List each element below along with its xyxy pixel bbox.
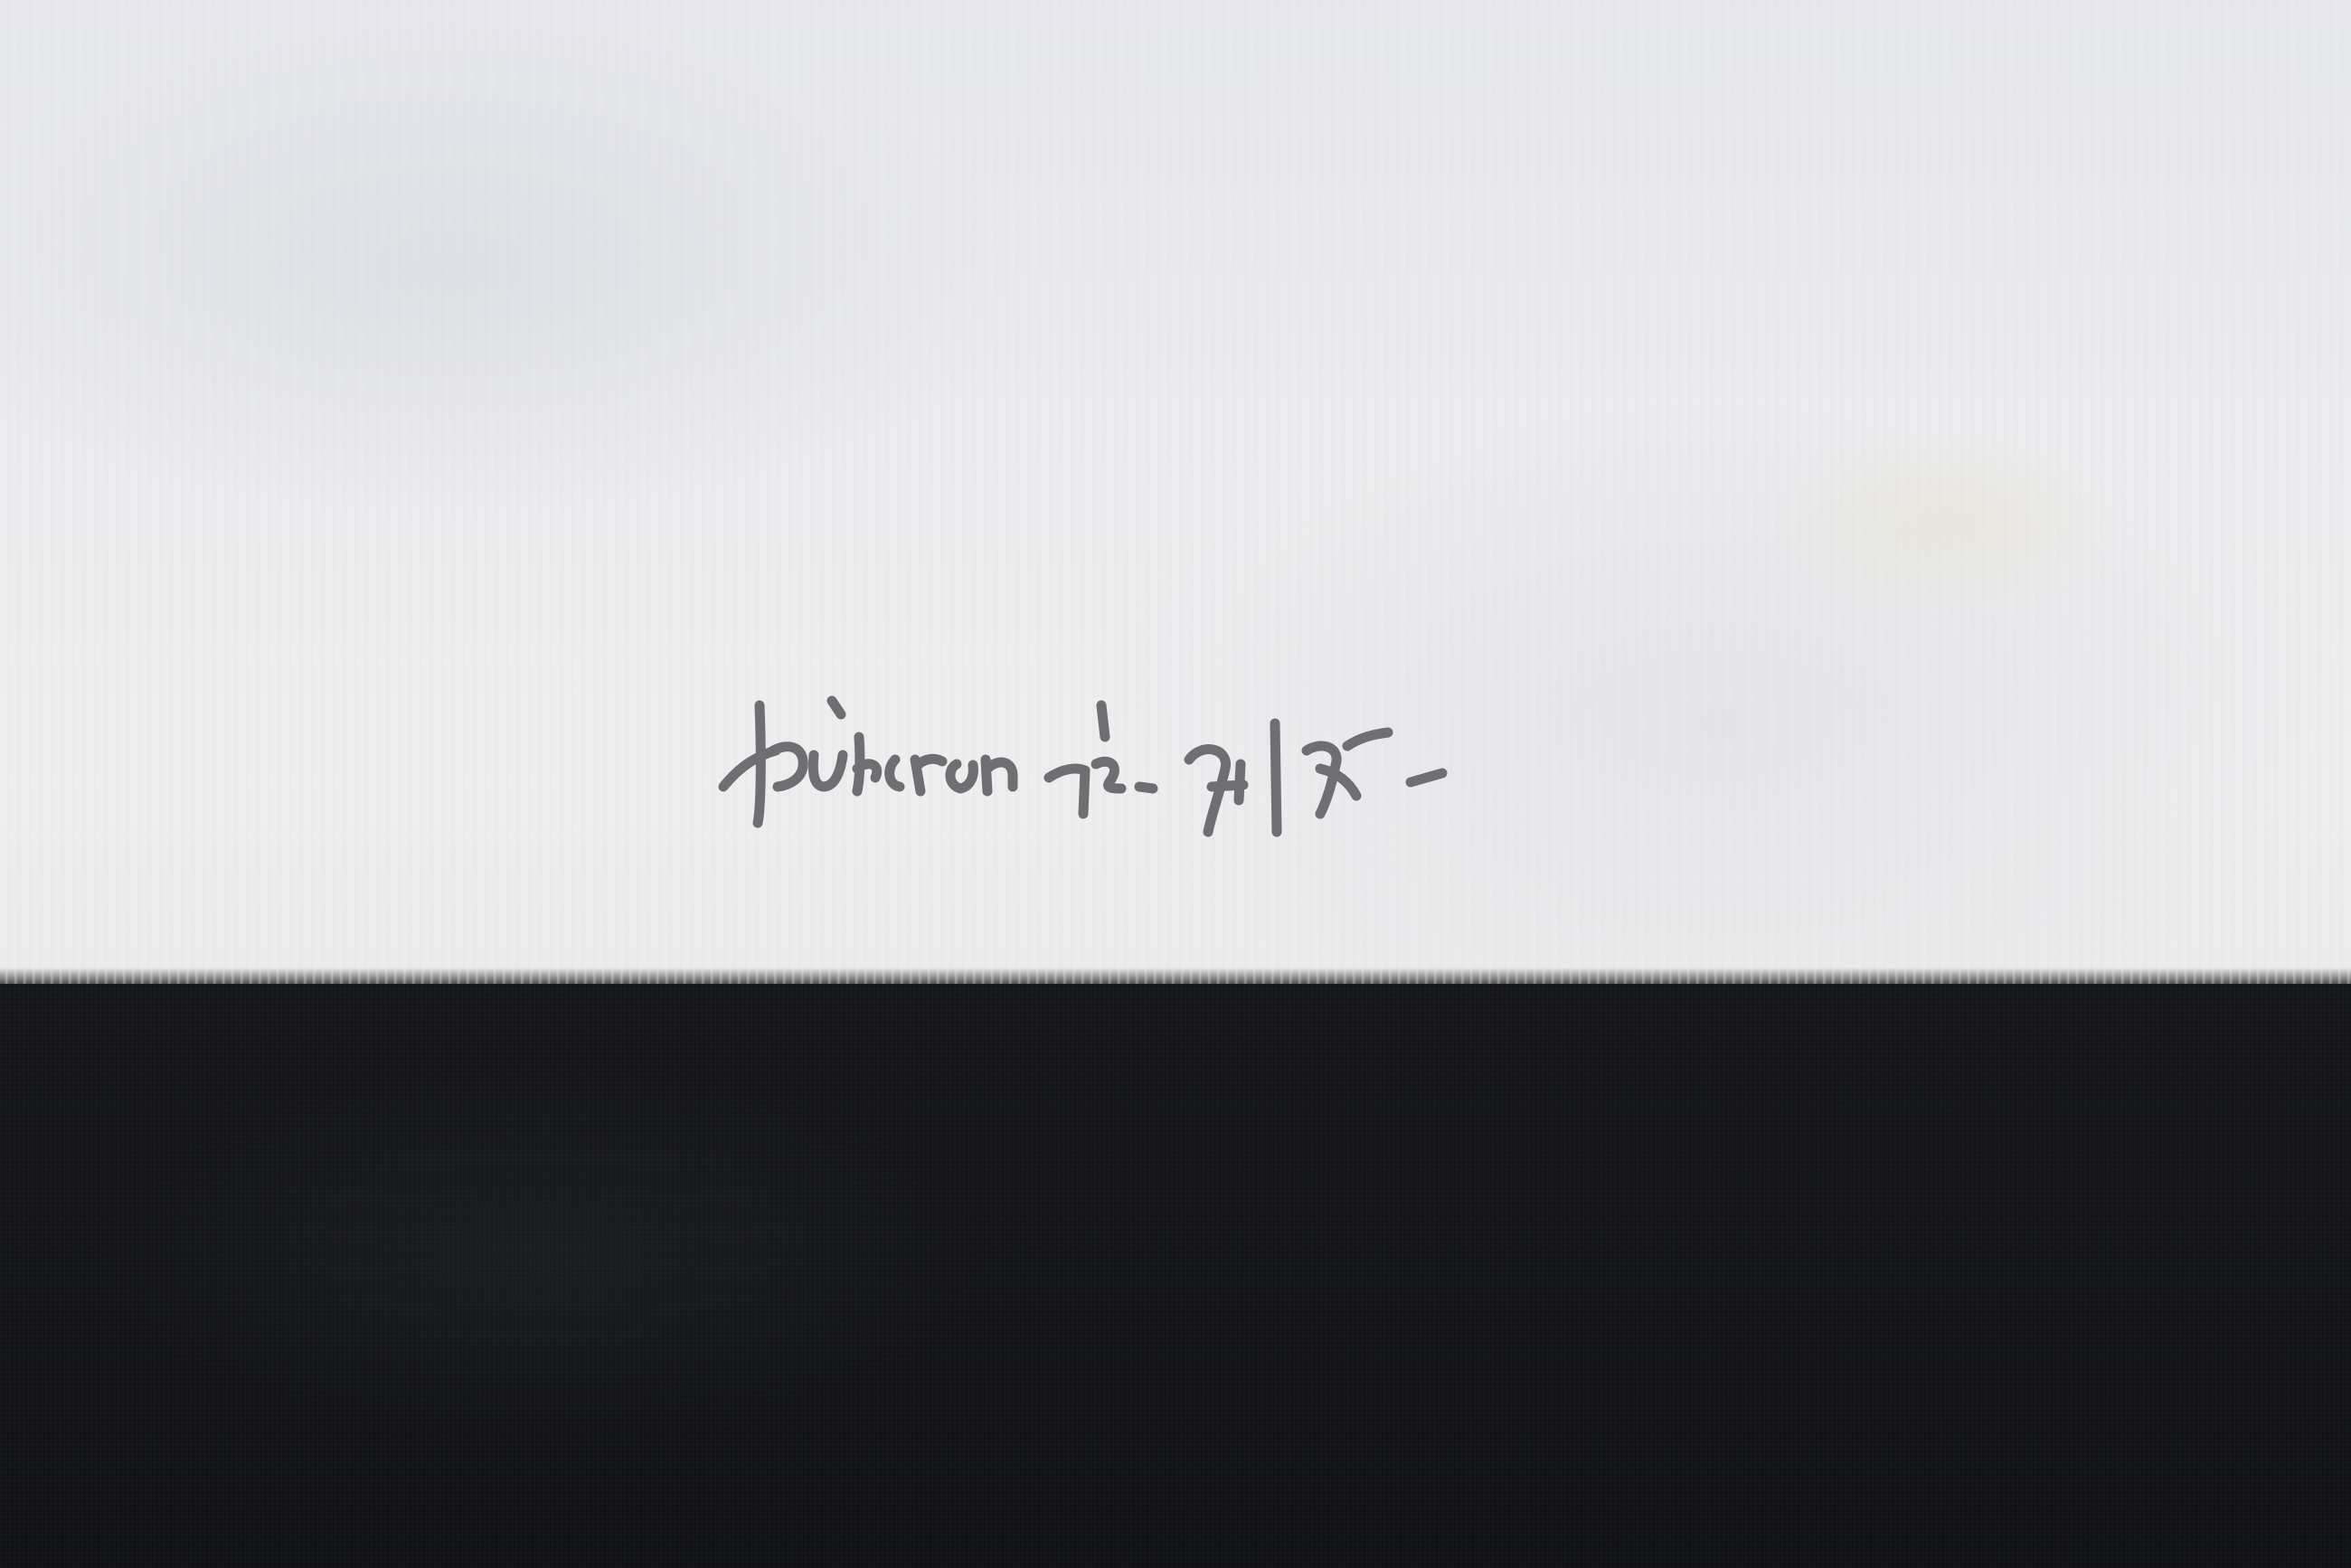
- pencil-inscription: Piet... '72 - 71/75 -: [705, 678, 1827, 859]
- handwriting-strokes: [705, 678, 1827, 859]
- signature-name: [723, 701, 1013, 823]
- year-mark: [1049, 705, 1153, 814]
- edition-number: [1189, 723, 1442, 832]
- black-fabric-background: [0, 984, 2351, 1568]
